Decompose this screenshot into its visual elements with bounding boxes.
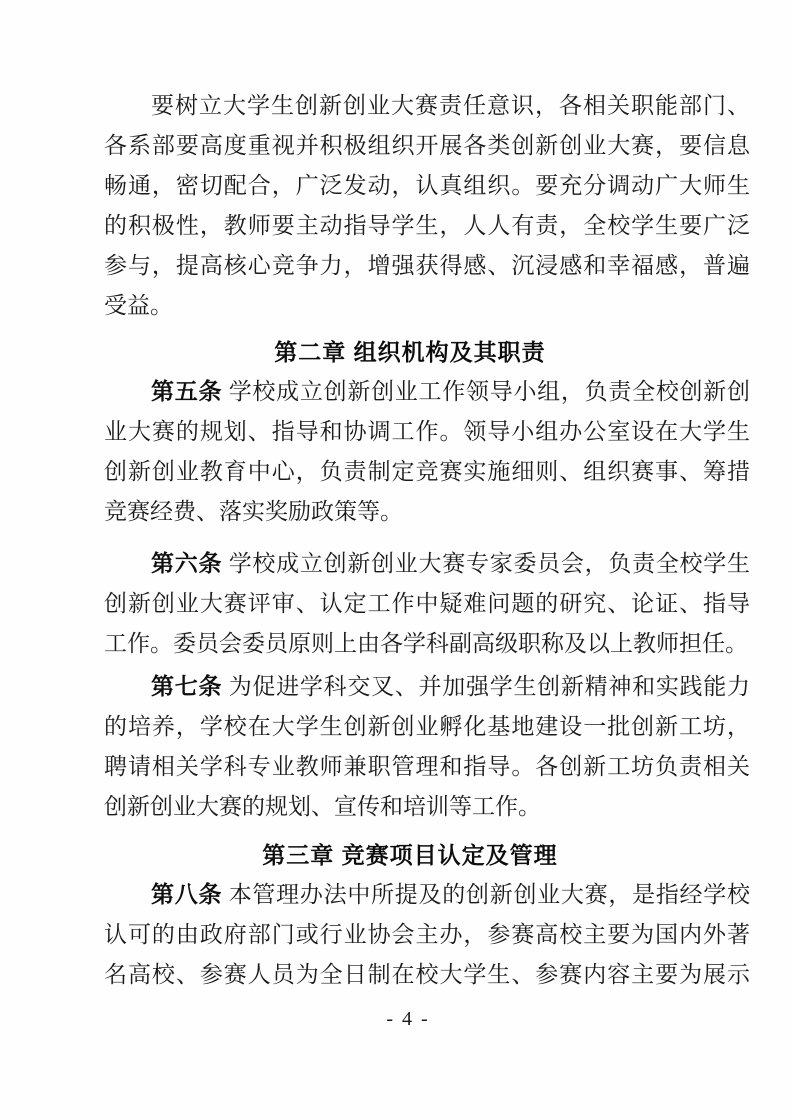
paragraph: 第六条 学校成立创新创业大赛专家委员会，负责全校学生创新创业大赛评审、认定工作中… xyxy=(104,544,750,664)
text-line: 各系部要高度重视并积极组织开展各类创新创业大赛，要信息 xyxy=(104,126,750,166)
paragraph: 第五条 学校成立创新创业工作领导小组，负责全校创新创业大赛的规划、指导和协调工作… xyxy=(104,372,750,532)
text-line: 创新创业大赛的规划、宣传和培训等工作。 xyxy=(104,787,750,827)
article-number: 第七条 xyxy=(151,674,222,699)
text-line: 要树立大学生创新创业大赛责任意识，各相关职能部门、 xyxy=(104,86,750,126)
document-page: 要树立大学生创新创业大赛责任意识，各相关职能部门、各系部要高度重视并积极组织开展… xyxy=(0,0,793,1120)
article-number: 第六条 xyxy=(151,551,222,576)
text-line: 工作。委员会委员原则上由各学科副高级职称及以上教师担任。 xyxy=(104,624,750,664)
text-line: 第五条 学校成立创新创业工作领导小组，负责全校创新创 xyxy=(104,372,750,412)
article-number: 第五条 xyxy=(151,379,222,404)
article-number: 第八条 xyxy=(151,882,222,907)
text-line: 创新创业大赛评审、认定工作中疑难问题的研究、论证、指导 xyxy=(104,584,750,624)
text-line: 聘请相关学科专业教师兼职管理和指导。各创新工坊负责相关 xyxy=(104,747,750,787)
chapter-heading: 第二章 组织机构及其职责 xyxy=(87,332,733,372)
page-footer: - 4 - xyxy=(85,1008,731,1031)
page-number: - 4 - xyxy=(386,1008,429,1030)
text-line: 第六条 学校成立创新创业大赛专家委员会，负责全校学生 xyxy=(104,544,750,584)
text-line: 受益。 xyxy=(104,286,750,326)
paragraph: 第七条 为促进学科交叉、并加强学生创新精神和实践能力的培养，学校在大学生创新创业… xyxy=(104,667,750,827)
text-line: 的培养，学校在大学生创新创业孵化基地建设一批创新工坊， xyxy=(104,707,750,747)
paragraph: 要树立大学生创新创业大赛责任意识，各相关职能部门、各系部要高度重视并积极组织开展… xyxy=(104,86,750,326)
text-line: 竞赛经费、落实奖励政策等。 xyxy=(104,492,750,532)
text-line: 名高校、参赛人员为全日制在校大学生、参赛内容主要为展示 xyxy=(104,955,750,995)
text-line: 的积极性，教师要主动指导学生，人人有责，全校学生要广泛 xyxy=(104,206,750,246)
text-line: 畅通，密切配合，广泛发动，认真组织。要充分调动广大师生 xyxy=(104,166,750,206)
text-line: 第七条 为促进学科交叉、并加强学生创新精神和实践能力 xyxy=(104,667,750,707)
text-line: 参与，提高核心竞争力，增强获得感、沉浸感和幸福感，普遍 xyxy=(104,246,750,286)
text-line: 认可的由政府部门或行业协会主办，参赛高校主要为国内外著 xyxy=(104,915,750,955)
text-line: 第八条 本管理办法中所提及的创新创业大赛，是指经学校 xyxy=(104,875,750,915)
chapter-heading: 第三章 竞赛项目认定及管理 xyxy=(87,835,733,875)
text-line: 创新创业教育中心，负责制定竞赛实施细则、组织赛事、筹措 xyxy=(104,452,750,492)
paragraph: 第八条 本管理办法中所提及的创新创业大赛，是指经学校认可的由政府部门或行业协会主… xyxy=(104,875,750,995)
text-line: 业大赛的规划、指导和协调工作。领导小组办公室设在大学生 xyxy=(104,412,750,452)
document-content: 要树立大学生创新创业大赛责任意识，各相关职能部门、各系部要高度重视并积极组织开展… xyxy=(104,86,750,995)
